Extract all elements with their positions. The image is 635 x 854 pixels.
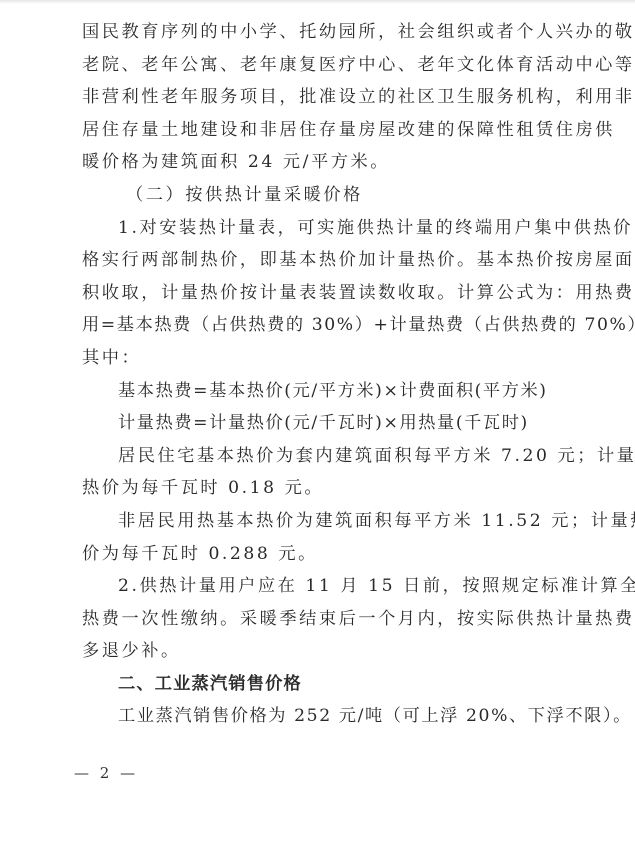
paragraph-line: 居住存量土地建设和非居住存量房屋改建的保障性租赁住房供: [82, 114, 582, 147]
paragraph-line: 热价为每千瓦时 0.18 元。: [82, 472, 582, 505]
paragraph-line: 老院、老年公寓、老年康复医疗中心、老年文化体育活动中心等: [82, 49, 582, 82]
formula-line: 基本热费=基本热价(元/平方米)×计费面积(平方米): [82, 375, 582, 408]
paragraph-line: 非居民用热基本热价为建筑面积每平方米 11.52 元；计量热: [82, 505, 582, 538]
paragraph-line: 国民教育序列的中小学、托幼园所，社会组织或者个人兴办的敬: [82, 16, 582, 49]
formula-line: 计量热费=计量热价(元/千瓦时)×用热量(千瓦时): [82, 407, 582, 440]
paragraph-line: 积收取，计量热价按计量表装置读数收取。计算公式为：用热费: [82, 277, 582, 310]
paragraph-line: 热费一次性缴纳。采暖季结束后一个月内，按实际供热计量热费: [82, 603, 582, 636]
paragraph-line: 暖价格为建筑面积 24 元/平方米。: [82, 146, 582, 179]
paragraph-line: 1.对安装热计量表，可实施供热计量的终端用户集中供热价: [82, 212, 582, 245]
section-heading: 二、工业蒸汽销售价格: [82, 668, 582, 701]
paragraph-line: 2.供热计量用户应在 11 月 15 日前，按照规定标准计算全额: [82, 570, 582, 603]
document-page: 国民教育序列的中小学、托幼园所，社会组织或者个人兴办的敬 老院、老年公寓、老年康…: [82, 16, 582, 733]
scan-top-edge: [0, 0, 635, 4]
paragraph-line: 工业蒸汽销售价格为 252 元/吨（可上浮 20%、下浮不限）。: [82, 700, 582, 733]
paragraph-line: 价为每千瓦时 0.288 元。: [82, 538, 582, 571]
paragraph-line: 用=基本热费（占供热费的 30%）+计量热费（占供热费的 70%），: [82, 309, 582, 342]
subsection-heading: （二）按供热计量采暖价格: [82, 179, 582, 212]
paragraph-line: 多退少补。: [82, 635, 582, 668]
paragraph-line: 非营利性老年服务项目，批准设立的社区卫生服务机构，利用非: [82, 81, 582, 114]
paragraph-line: 居民住宅基本热价为套内建筑面积每平方米 7.20 元；计量: [82, 440, 582, 473]
paragraph-line: 格实行两部制热价，即基本热价加计量热价。基本热价按房屋面: [82, 244, 582, 277]
paragraph-line: 其中：: [82, 342, 582, 375]
page-number: — 2 —: [74, 764, 138, 782]
